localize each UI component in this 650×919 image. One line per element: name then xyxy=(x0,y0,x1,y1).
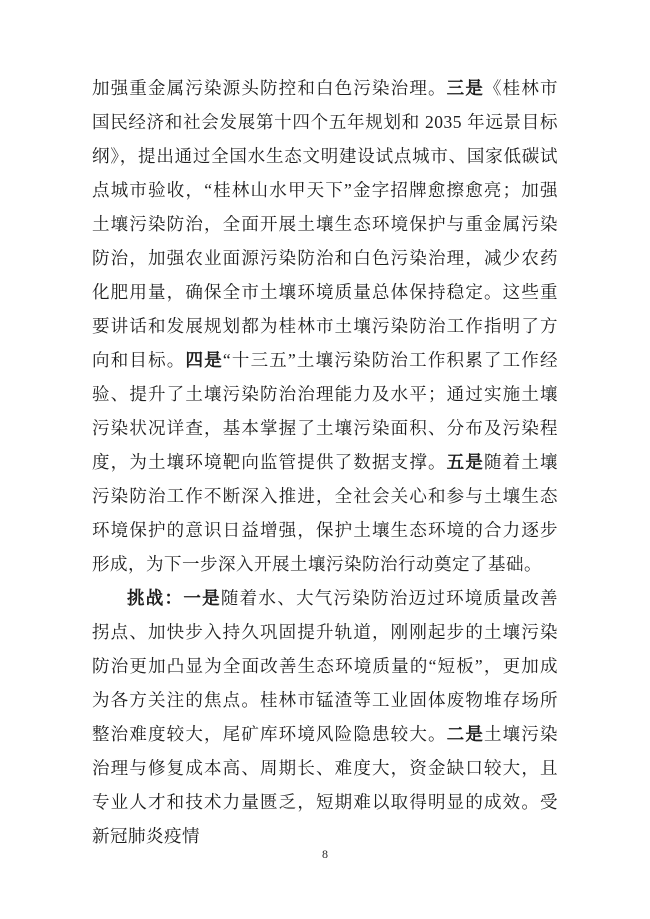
page-footer: 8 xyxy=(0,845,650,863)
bold-text-run: 四是 xyxy=(186,350,223,370)
bold-text-run: 挑战：一是 xyxy=(127,588,221,608)
text-run: 随着水、大气污染防治迈过环境质量改善拐点、加快步入持久巩固提升轨道，刚刚起步的土… xyxy=(92,588,558,744)
bold-text-run: 二是 xyxy=(447,724,484,744)
bold-text-run: 五是 xyxy=(447,452,484,472)
text-run: 加强重金属污染源头防控和白色污染治理。 xyxy=(92,78,447,98)
document-body: 加强重金属污染源头防控和白色污染治理。三是《桂林市国民经济和社会发展第十四个五年… xyxy=(92,71,558,853)
paragraph: 加强重金属污染源头防控和白色污染治理。三是《桂林市国民经济和社会发展第十四个五年… xyxy=(92,71,558,581)
document-page: 加强重金属污染源头防控和白色污染治理。三是《桂林市国民经济和社会发展第十四个五年… xyxy=(0,0,650,919)
bold-text-run: 三是 xyxy=(447,78,484,98)
paragraph: 挑战：一是随着水、大气污染防治迈过环境质量改善拐点、加快步入持久巩固提升轨道，刚… xyxy=(92,581,558,853)
page-number: 8 xyxy=(322,847,328,861)
text-run: 《桂林市国民经济和社会发展第十四个五年规划和 2035 年远景目标纲》，提出通过… xyxy=(92,78,558,370)
